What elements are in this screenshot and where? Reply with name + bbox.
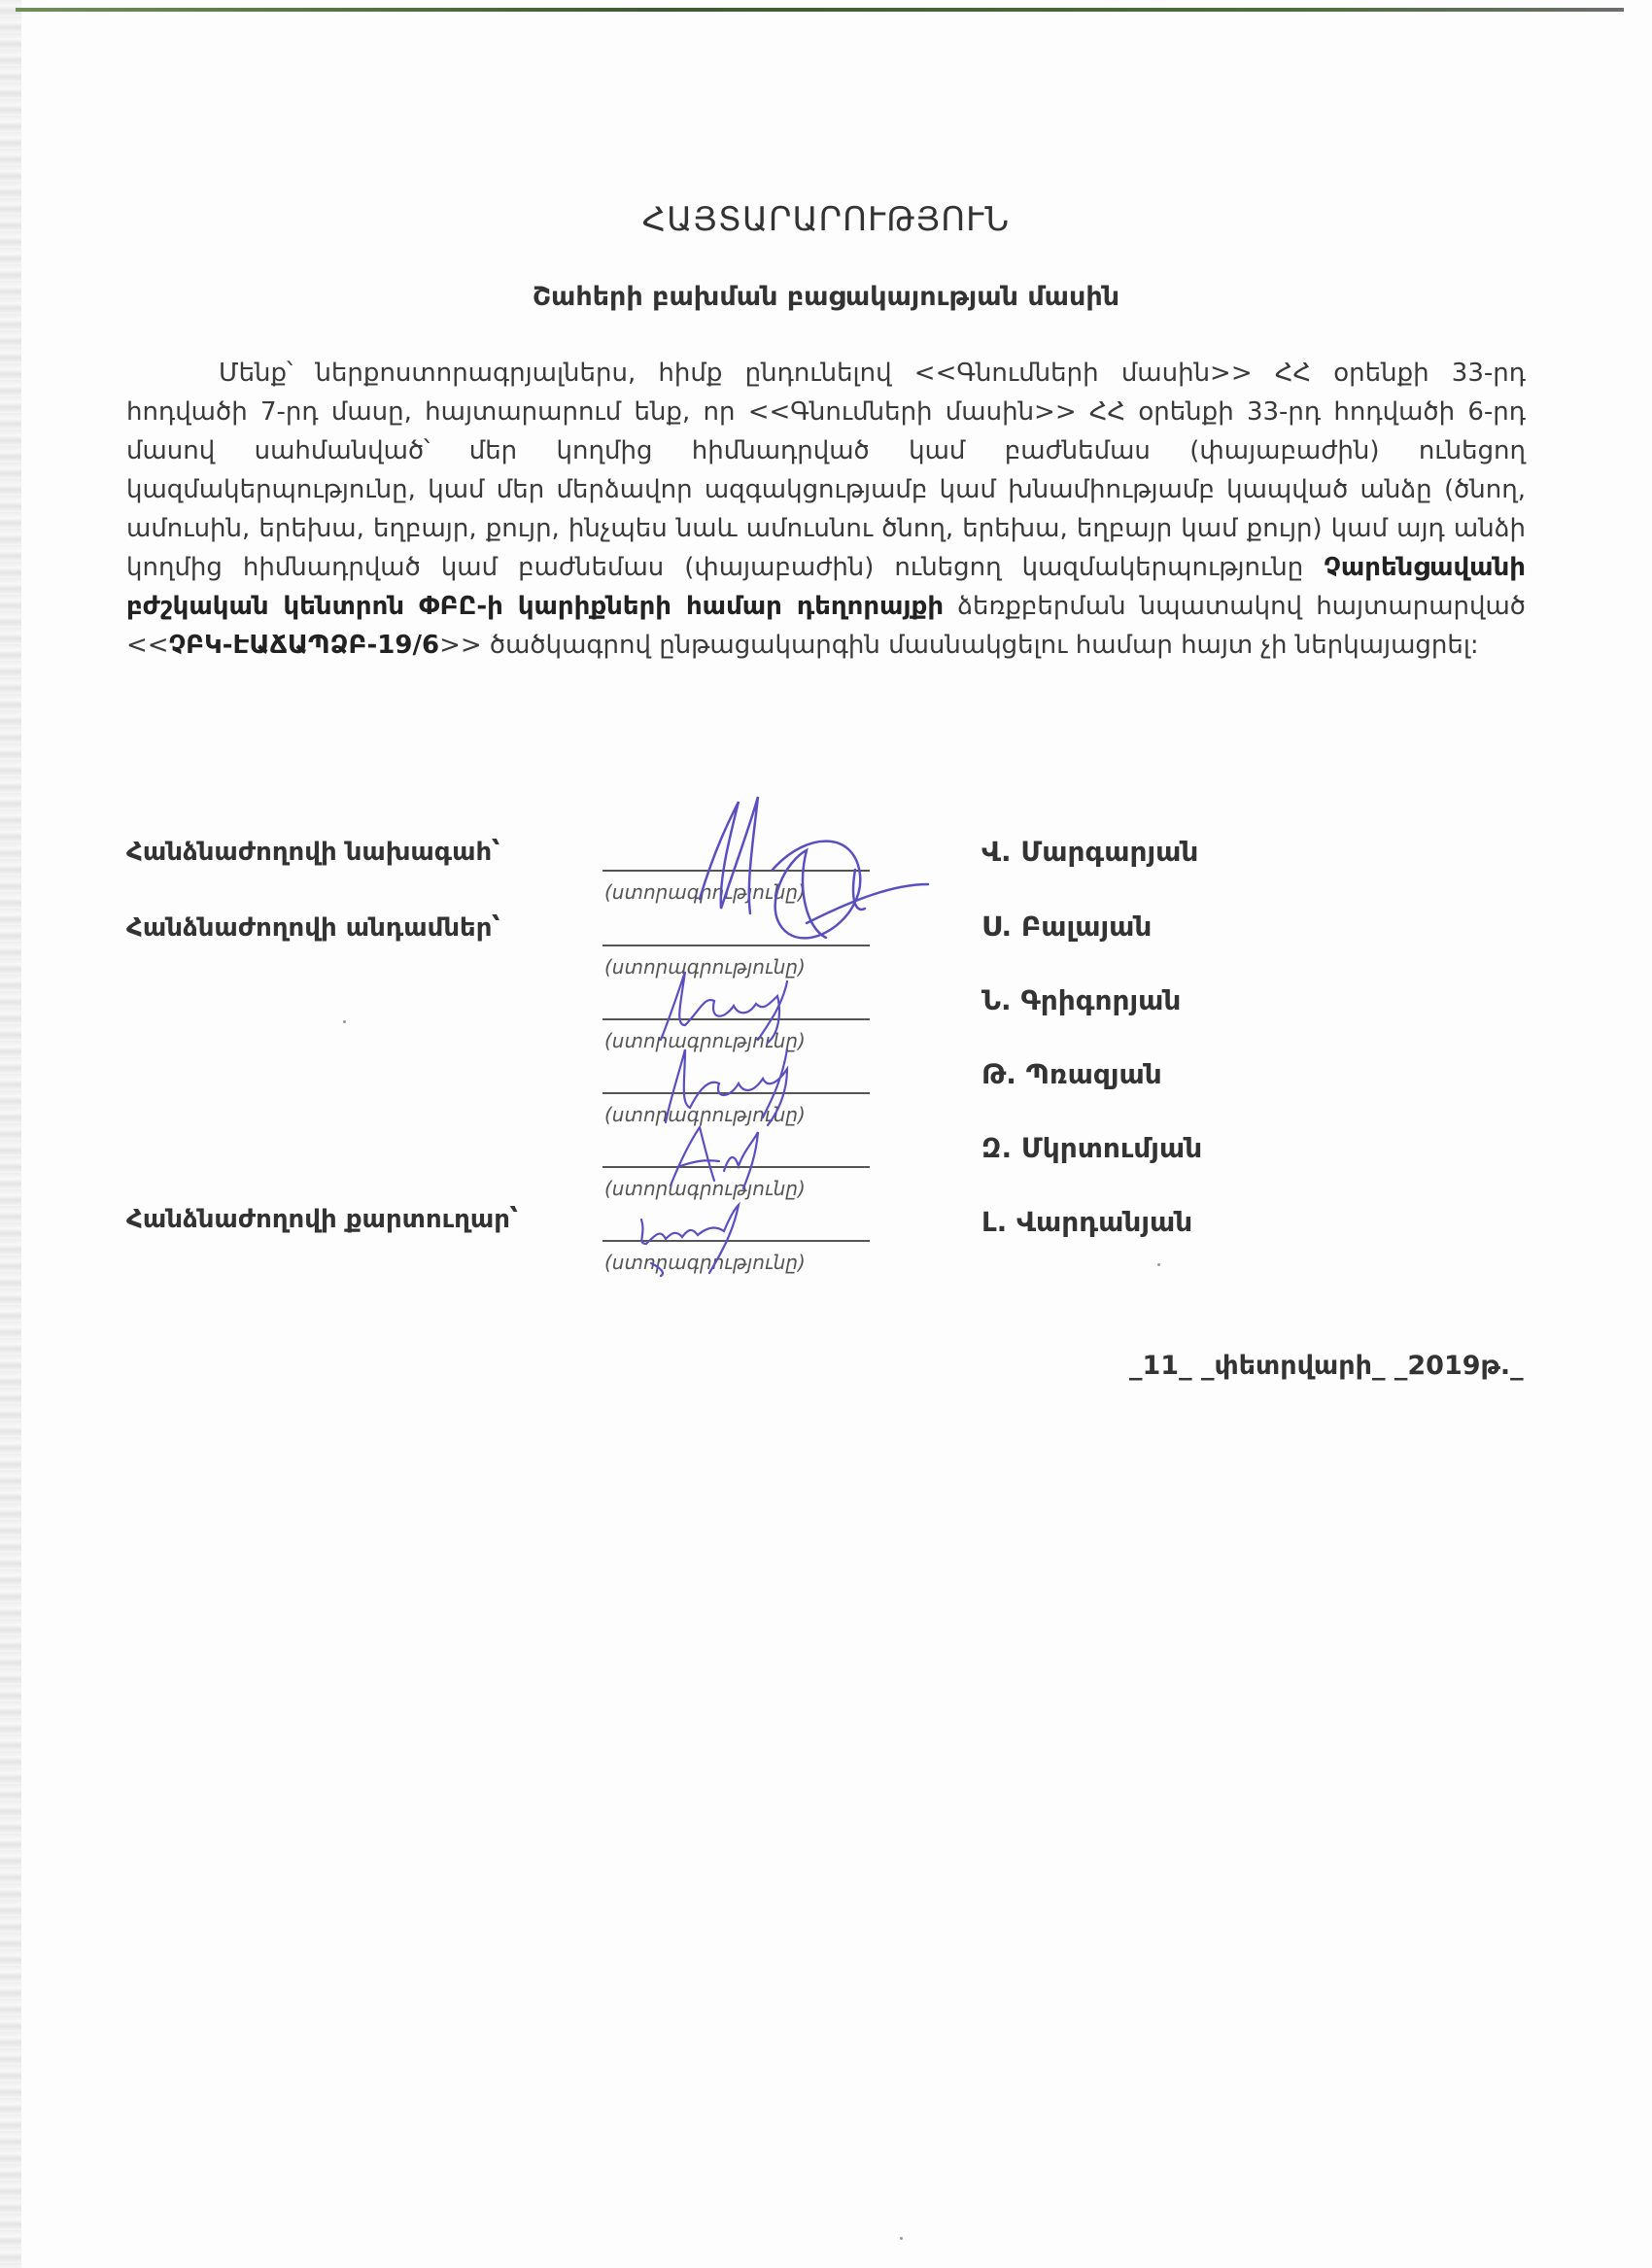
scan-edge-artifact	[0, 0, 21, 2268]
signature-caption: (ստորագրությունը)	[604, 1029, 806, 1052]
paragraph-text: Մենք՝ ներքոստորագրյալներս, հիմք ընդունել…	[126, 359, 1526, 582]
paragraph-text: >> ծածկագրով ընթացակարգին մասնակցելու հա…	[439, 631, 1479, 660]
signature-caption: (ստորագրությունը)	[604, 1177, 806, 1200]
signature-caption: (ստորագրությունը)	[604, 1251, 806, 1274]
members-label: Հանձնաժողովի անդամներ՝	[126, 913, 500, 943]
member-name: Վ. Մարգարյան	[981, 836, 1198, 868]
scan-speck	[1157, 1263, 1160, 1266]
signature-line	[602, 1166, 870, 1168]
signature-line	[602, 1018, 870, 1020]
scan-speck	[343, 1020, 346, 1023]
declaration-paragraph: Մենք՝ ներքոստորագրյալներս, հիմք ընդունել…	[126, 354, 1526, 665]
procurement-code: ՉԲԿ-ԷԱՃԱՊՁԲ-19/6	[169, 631, 440, 660]
chair-label: Հանձնաժողովի նախագահ՝	[126, 838, 499, 867]
member-name: Ն. Գրիգորյան	[981, 984, 1181, 1016]
member-name: Լ. Վարդանյան	[981, 1206, 1192, 1238]
document-title: ՀԱՅՏԱՐԱՐՈՒԹՅՈՒՆ	[0, 200, 1652, 239]
signature-caption: (ստորագրությունը)	[604, 955, 806, 979]
signature-line	[602, 870, 870, 872]
member-name: Ս. Բալայան	[981, 911, 1152, 943]
top-scan-line	[16, 8, 1624, 12]
signature-caption: (ստորագրությունը)	[604, 880, 806, 904]
signature-caption: (ստորագրությունը)	[604, 1103, 806, 1126]
scan-speck	[900, 2237, 903, 2240]
signature-line	[602, 1092, 870, 1094]
document-date: _11_ _փետրվարի_ _2019թ._	[1129, 1351, 1524, 1381]
member-name: Զ. Մկրտումյան	[981, 1132, 1202, 1164]
secretary-label: Հանձնաժողովի քարտուղար՝	[126, 1205, 518, 1234]
handwritten-signature-chair	[661, 792, 933, 957]
signature-line	[602, 1240, 870, 1242]
document-subtitle: Շահերի բախման բացակայության մասին	[0, 282, 1652, 312]
signature-line	[602, 945, 870, 946]
member-name: Թ. Պռազյան	[981, 1058, 1162, 1090]
